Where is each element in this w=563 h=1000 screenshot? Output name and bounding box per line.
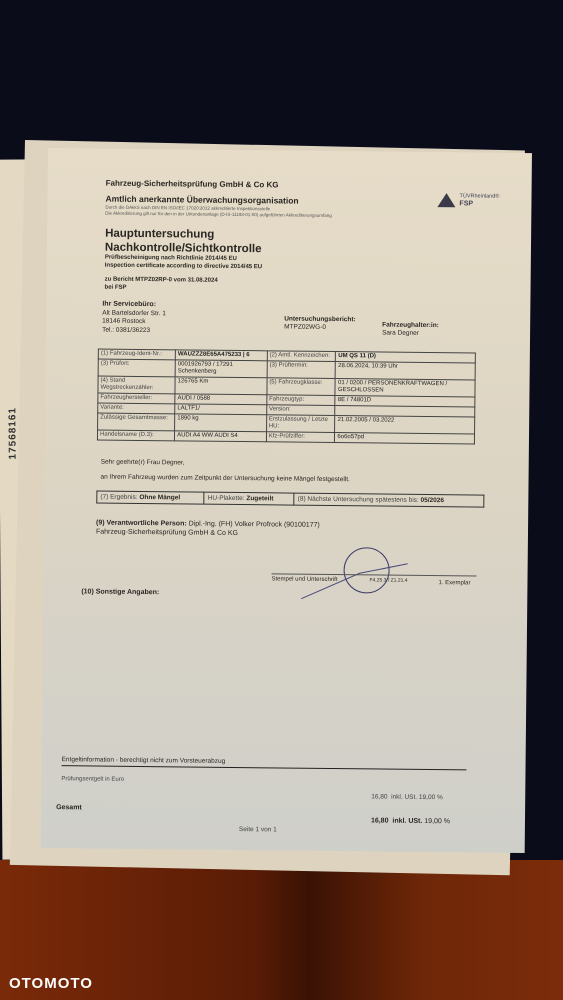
document-subtitle: Prüfbescheinigung nach Richtlinie 2014/4…	[105, 255, 263, 272]
field-label: Handelsname (D.3):	[97, 430, 174, 441]
fee-divider	[62, 765, 467, 770]
signature-label: Stempel und Unterschrift	[271, 576, 337, 583]
field-value: 0001926793 / 17291 Schenkenberg	[175, 360, 267, 378]
field-label: (5) Fahrzeugklasse:	[267, 378, 336, 396]
service-office: Ihr Servicebüro: Alt Bartelsdorfer Str. …	[102, 301, 166, 336]
field-label: Zulässige Gesamtmasse:	[98, 413, 175, 431]
other-info-label: (10) Sonstige Angaben:	[81, 588, 159, 596]
field-value: 21.02.2005 / 03.2022	[335, 416, 475, 434]
page-number: Seite 1 von 1	[239, 826, 277, 833]
fee-row-label: Prüfungsentgelt in Euro	[61, 776, 124, 783]
total-value: 16,80 inkl. USt. 19,00 %	[371, 817, 450, 825]
result-cell: (7) Ergebnis: Ohne Mängel	[97, 491, 204, 504]
fee-header: Entgeltinformation - berechtigt nicht zu…	[62, 756, 226, 765]
report-reference: zu Bericht MTPZ02RP-0 vom 31.08.2024 bei…	[104, 277, 217, 293]
field-label: (2) Amtl. Kennzeichen:	[267, 351, 336, 362]
total-label: Gesamt	[56, 804, 82, 811]
copy-label: 1. Exemplar	[438, 580, 470, 586]
field-value: AUDI A4 WW AUDI S4	[175, 431, 267, 442]
vehicle-data-table: (1) Fahrzeug-Ident-Nr.:WAUZZZ8E65A475233…	[97, 349, 476, 445]
field-value: 126765 Km	[175, 377, 267, 395]
result-table: (7) Ergebnis: Ohne Mängel HU-Plakette: Z…	[96, 491, 484, 508]
form-code: F4.25.3 / Z1.21.4	[369, 577, 407, 583]
vehicle-holder: Fahrzeughalter:in: Sara Degner	[382, 322, 439, 339]
serial-number: 17568161	[7, 407, 18, 460]
field-value: 28.06.2024, 10:39 Uhr	[336, 362, 476, 380]
plakette-cell: HU-Plakette: Zugeteilt	[204, 492, 294, 505]
responsible-person: (9) Verantwortliche Person: Dipl.-Ing. (…	[96, 519, 320, 539]
field-label: Fahrzeugtyp:	[267, 395, 336, 406]
field-value: 01 / 0200 / PERSONENKRAFTWAGEN / GESCHLO…	[335, 379, 475, 397]
greeting: Sehr geehrte(r) Frau Degner,	[101, 459, 185, 467]
field-value: 1890 kg	[175, 414, 267, 432]
next-inspection-cell: (8) Nächste Untersuchung spätestens bis:…	[294, 493, 484, 507]
otomoto-watermark: OTOMOTO	[9, 975, 93, 992]
field-label: (4) Stand Wegstreckenzähler:	[98, 376, 175, 394]
field-label: Kfz-Prüfziffer:	[266, 432, 335, 443]
tuv-logo: TÜVRheinland® FSP	[437, 192, 499, 209]
result-statement: an Ihrem Fahrzeug wurden zum Zeitpunkt d…	[101, 474, 350, 484]
fee-row-value: 16,80 inkl. USt. 19,00 %	[371, 793, 443, 801]
field-label: Erstzulassung / Letzte HU:	[266, 415, 335, 433]
field-label: (3) Prüfort:	[98, 359, 175, 377]
field-label: (3) Prüftermin:	[267, 361, 336, 379]
organisation: Amtlich anerkannte Überwachungsorganisat…	[105, 194, 298, 206]
inspection-certificate: Fahrzeug-Sicherheitsprüfung GmbH & Co KG…	[41, 148, 532, 853]
document-title: Hauptuntersuchung Nachkontrolle/Sichtkon…	[105, 227, 262, 257]
tuv-triangle-icon	[437, 193, 455, 207]
accreditation-note: Durch die DAkkS nach DIN EN ISO/IEC 1702…	[105, 205, 332, 218]
report-id: Untersuchungsbericht: MTPZ02WG-0	[284, 315, 356, 332]
company-name: Fahrzeug-Sicherheitsprüfung GmbH & Co KG	[106, 179, 279, 190]
field-label: Version:	[266, 405, 335, 416]
field-value: 6o6o57pd	[335, 433, 475, 444]
